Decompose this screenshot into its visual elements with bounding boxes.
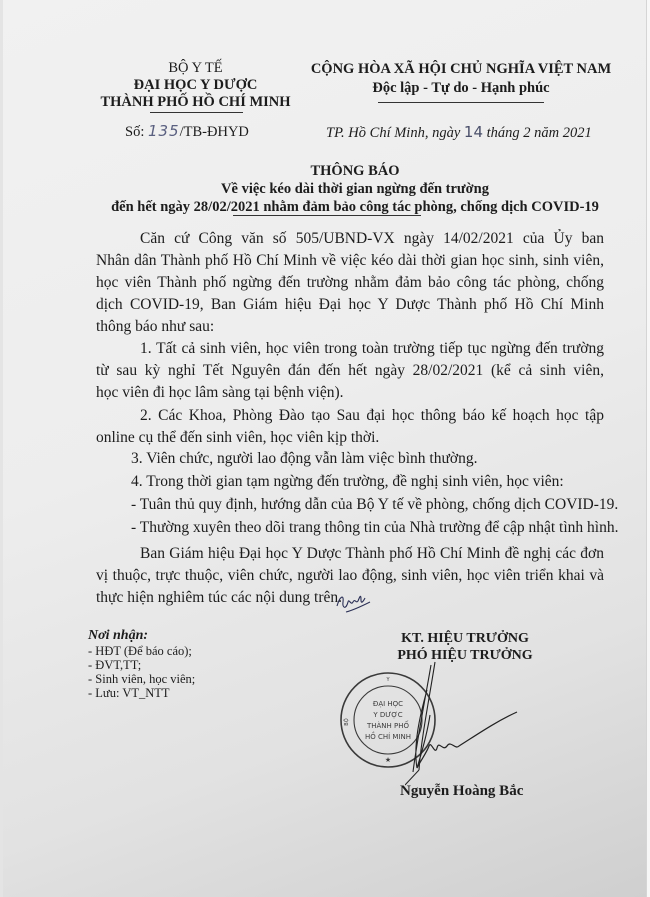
intro-paragraph: Căn cứ Công văn số 505/UBND-VX ngày 14/0…	[96, 228, 604, 338]
authority-underline	[150, 112, 243, 113]
doc-number-handwritten: 135	[148, 122, 180, 140]
title-underline	[233, 215, 421, 216]
intro-line: Nhân dân Thành phố Hồ Chí Minh về việc k…	[96, 250, 604, 272]
signature-title-line1: KT. HIỆU TRƯỞNG	[385, 630, 545, 647]
item-4: 4. Trong thời gian tạm ngừng đến trường,…	[131, 473, 564, 491]
item-1-line: 1. Tất cả sinh viên, học viên trong toàn…	[96, 338, 604, 360]
stamp-side-text: BỘ	[343, 718, 350, 725]
national-header: CỘNG HÒA XÃ HỘI CHỦ NGHĨA VIỆT NAM Độc l…	[296, 60, 626, 98]
intro-line: học viên Thành phố ngừng đến trường nhằm…	[96, 272, 604, 294]
date-suffix: tháng 2 năm 2021	[483, 125, 592, 141]
place-and-date: TP. Hồ Chí Minh, ngày 14 tháng 2 năm 202…	[326, 123, 592, 142]
stamp-line3: THÀNH PHỐ	[366, 720, 410, 730]
item-4-bullet: - Thường xuyên theo dõi trang thông tin …	[131, 519, 618, 537]
recipients-title: Nơi nhận:	[88, 628, 195, 644]
university-name-line2: THÀNH PHỐ HỒ CHÍ MINH	[88, 94, 303, 111]
notice-title-block: THÔNG BÁO Về việc kéo dài thời gian ngừn…	[80, 162, 630, 216]
recipient-item: - HĐT (Để báo cáo);	[88, 644, 195, 658]
date-day-handwritten: 14	[464, 123, 483, 141]
recipients-list: Nơi nhận: - HĐT (Để báo cáo); - ĐVT,TT; …	[88, 628, 195, 700]
university-name-line1: ĐẠI HỌC Y DƯỢC	[88, 77, 303, 94]
item-3: 3. Viên chức, người lao động vẫn làm việ…	[131, 450, 477, 468]
signer-name: Nguyễn Hoàng Bắc	[400, 783, 523, 800]
recipient-item: - ĐVT,TT;	[88, 658, 195, 672]
stamp-star-icon: ★	[385, 756, 391, 764]
motto-underline	[378, 102, 544, 103]
date-prefix: TP. Hồ Chí Minh, ngày	[326, 125, 464, 141]
intro-line: thông báo như sau:	[96, 316, 604, 338]
stamp-line2: Y DƯỢC	[372, 711, 402, 719]
item-1-line: từ sau kỳ nghỉ Tết Nguyên đán đến hết ng…	[96, 360, 604, 382]
intro-line: Căn cứ Công văn số 505/UBND-VX ngày 14/0…	[96, 228, 604, 250]
nation-name: CỘNG HÒA XÃ HỘI CHỦ NGHĨA VIỆT NAM	[296, 60, 626, 79]
notice-subject-line1: Về việc kéo dài thời gian ngừng đến trườ…	[80, 180, 630, 198]
doc-number-prefix: Số:	[125, 124, 148, 140]
item-1-paragraph: 1. Tất cả sinh viên, học viên trong toàn…	[96, 338, 604, 404]
handwritten-signature	[405, 660, 535, 790]
intro-line: dịch COVID-19, Ban Giám hiệu Đại học Y D…	[96, 294, 604, 316]
closing-line: vị thuộc, trực thuộc, viên chức, người l…	[96, 565, 604, 587]
page-edge-left	[0, 0, 3, 897]
doc-number-suffix: /TB-ĐHYD	[180, 124, 249, 140]
ministry-name: BỘ Y TẾ	[88, 60, 303, 77]
page-edge-right	[646, 0, 650, 897]
recipient-item: - Sinh viên, học viên;	[88, 672, 195, 686]
item-1-line: học viên đi học lâm sàng tại bệnh viện).	[96, 382, 604, 404]
national-motto: Độc lập - Tự do - Hạnh phúc	[296, 79, 626, 98]
handwritten-initials	[334, 588, 374, 614]
signature-title: KT. HIỆU TRƯỞNG PHÓ HIỆU TRƯỞNG	[385, 630, 545, 664]
recipient-item: - Lưu: VT_NTT	[88, 686, 195, 700]
notice-heading: THÔNG BÁO	[80, 162, 630, 180]
issuing-authority: BỘ Y TẾ ĐẠI HỌC Y DƯỢC THÀNH PHỐ HỒ CHÍ …	[88, 60, 303, 111]
item-2-paragraph: 2. Các Khoa, Phòng Đào tạo Sau đại học t…	[96, 405, 604, 449]
item-2-line: 2. Các Khoa, Phòng Đào tạo Sau đại học t…	[96, 405, 604, 427]
closing-line: Ban Giám hiệu Đại học Y Dược Thành phố H…	[96, 543, 604, 565]
stamp-top-text: Y	[385, 677, 390, 683]
document-number: Số: 135/TB-ĐHYD	[125, 122, 249, 141]
stamp-line1: ĐẠI HỌC	[373, 700, 403, 708]
notice-subject-line2: đến hết ngày 28/02/2021 nhằm đảm bảo côn…	[80, 198, 630, 216]
item-4-bullet: - Tuân thủ quy định, hướng dẫn của Bộ Y …	[131, 496, 618, 514]
item-2-line: online cụ thể đến sinh viên, học viên kị…	[96, 427, 604, 449]
